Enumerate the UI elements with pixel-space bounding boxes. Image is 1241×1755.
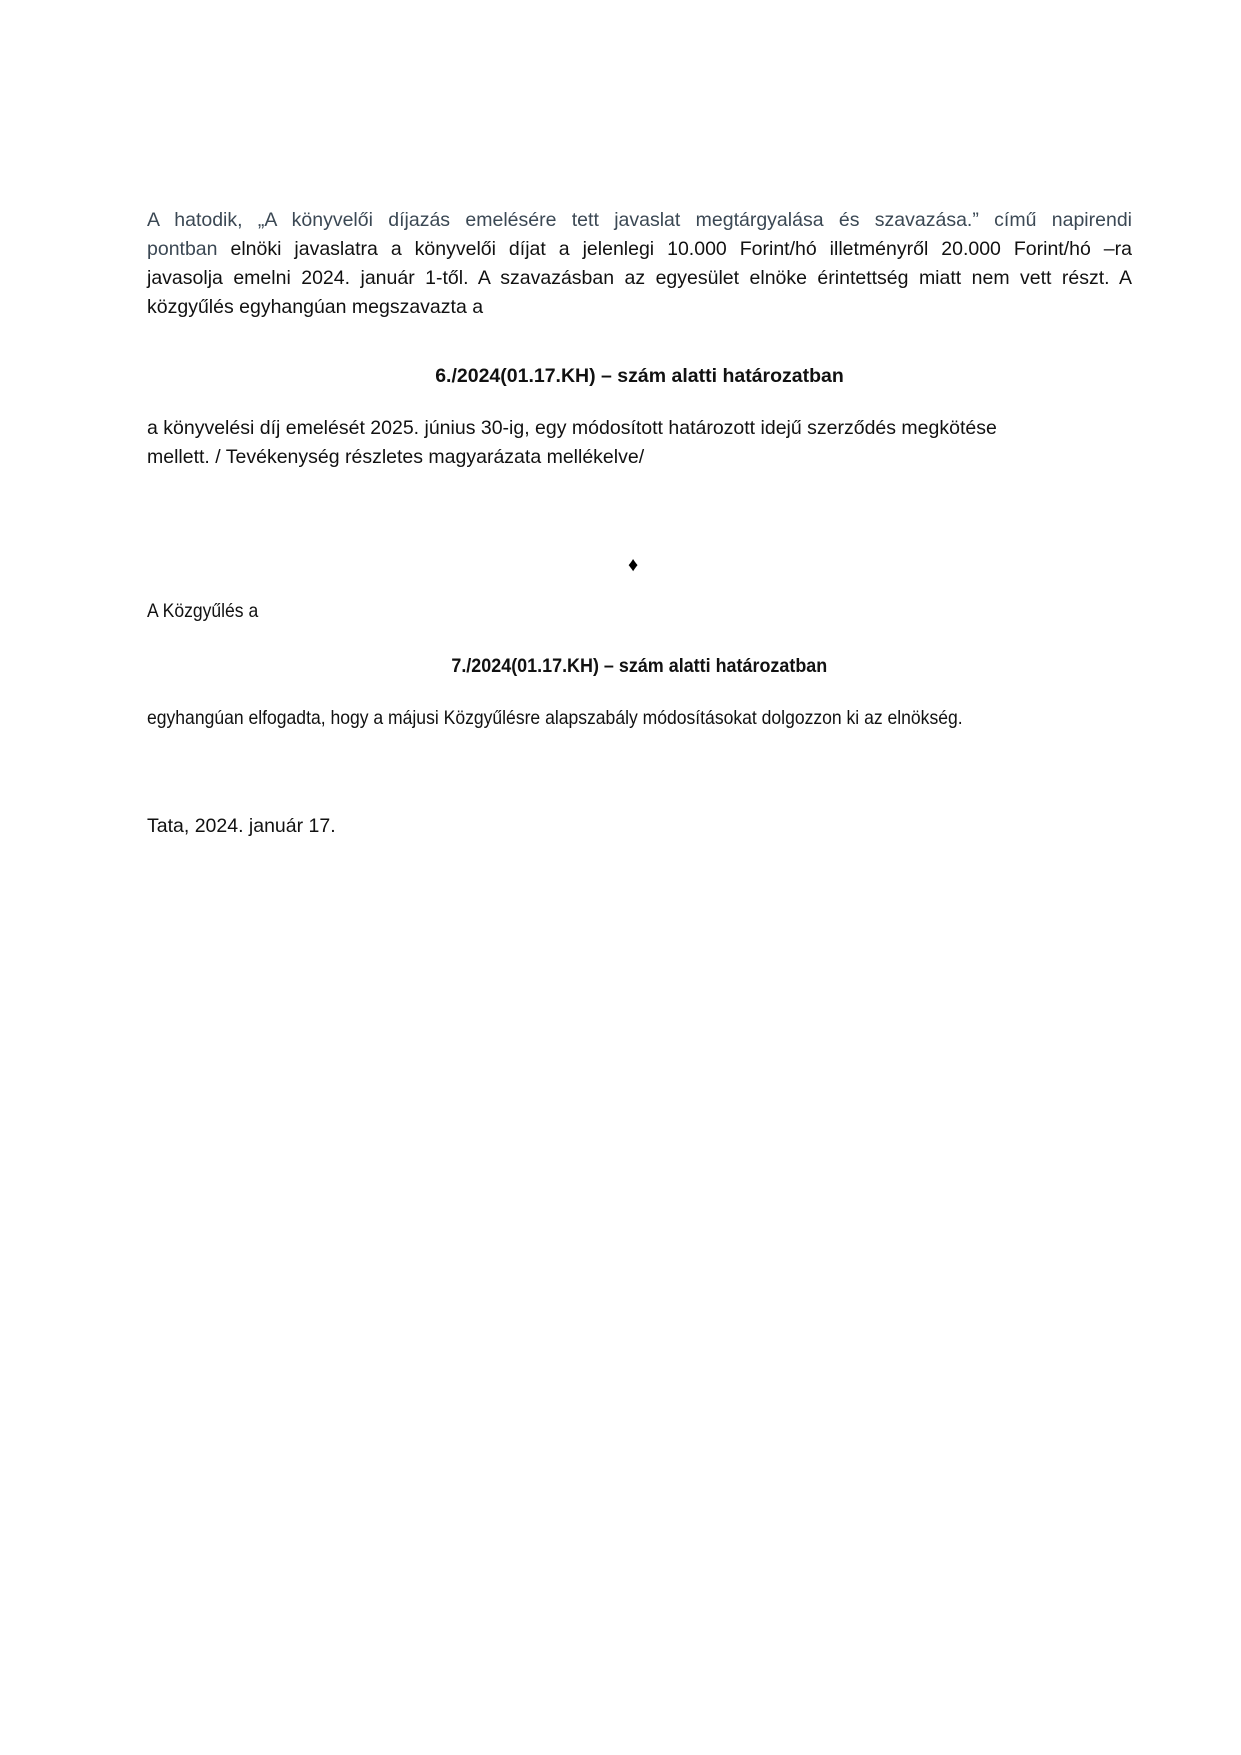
paragraph-text: egyhangúan elfogadta, hogy a májusi Közg… (147, 704, 963, 733)
paragraph-resolution-six-body: a könyvelési díj emelését 2025. június 3… (147, 414, 1132, 472)
paragraph-line: pontban elnöki javaslatra a könyvelői dí… (147, 235, 1132, 264)
paragraph-line: közgyűlés egyhangúan megszavazta a (147, 293, 1132, 322)
paragraph-agenda-six: A hatodik, „A könyvelői díjazás emelésér… (147, 206, 1132, 322)
paragraph-resolution-seven-body: egyhangúan elfogadta, hogy a májusi Közg… (147, 704, 1132, 733)
paragraph-text: elnöki javaslatra a könyvelői díjat a je… (218, 238, 1133, 260)
paragraph-line: a könyvelési díj emelését 2025. június 3… (147, 414, 1132, 443)
agenda-item-title: A hatodik, „A könyvelői díjazás emelésér… (147, 209, 1132, 231)
resolution-7-heading: 7./2024(01.17.KH) – szám alatti határoza… (147, 652, 1132, 681)
resolution-7-heading-text: 7./2024(01.17.KH) – szám alatti határoza… (452, 652, 828, 681)
paragraph-text: A Közgyűlés a (147, 597, 258, 626)
diamond-separator-icon: ♦ (628, 553, 638, 577)
document-page: A hatodik, „A könyvelői díjazás emelésér… (0, 0, 1241, 1755)
paragraph-line: A hatodik, „A könyvelői díjazás emelésér… (147, 206, 1132, 235)
resolution-6-heading: 6./2024(01.17.KH) – szám alatti határoza… (147, 362, 1132, 391)
paragraph-line: mellett. / Tevékenység részletes magyará… (147, 443, 1132, 472)
place-date-text: Tata, 2024. január 17. (147, 812, 1132, 841)
paragraph-line: javasolja emelni 2024. január 1-től. A s… (147, 264, 1132, 293)
paragraph-assembly-intro: A Közgyűlés a (147, 597, 1132, 626)
agenda-item-title-end: pontban (147, 238, 218, 260)
place-and-date: Tata, 2024. január 17. (147, 812, 1132, 841)
